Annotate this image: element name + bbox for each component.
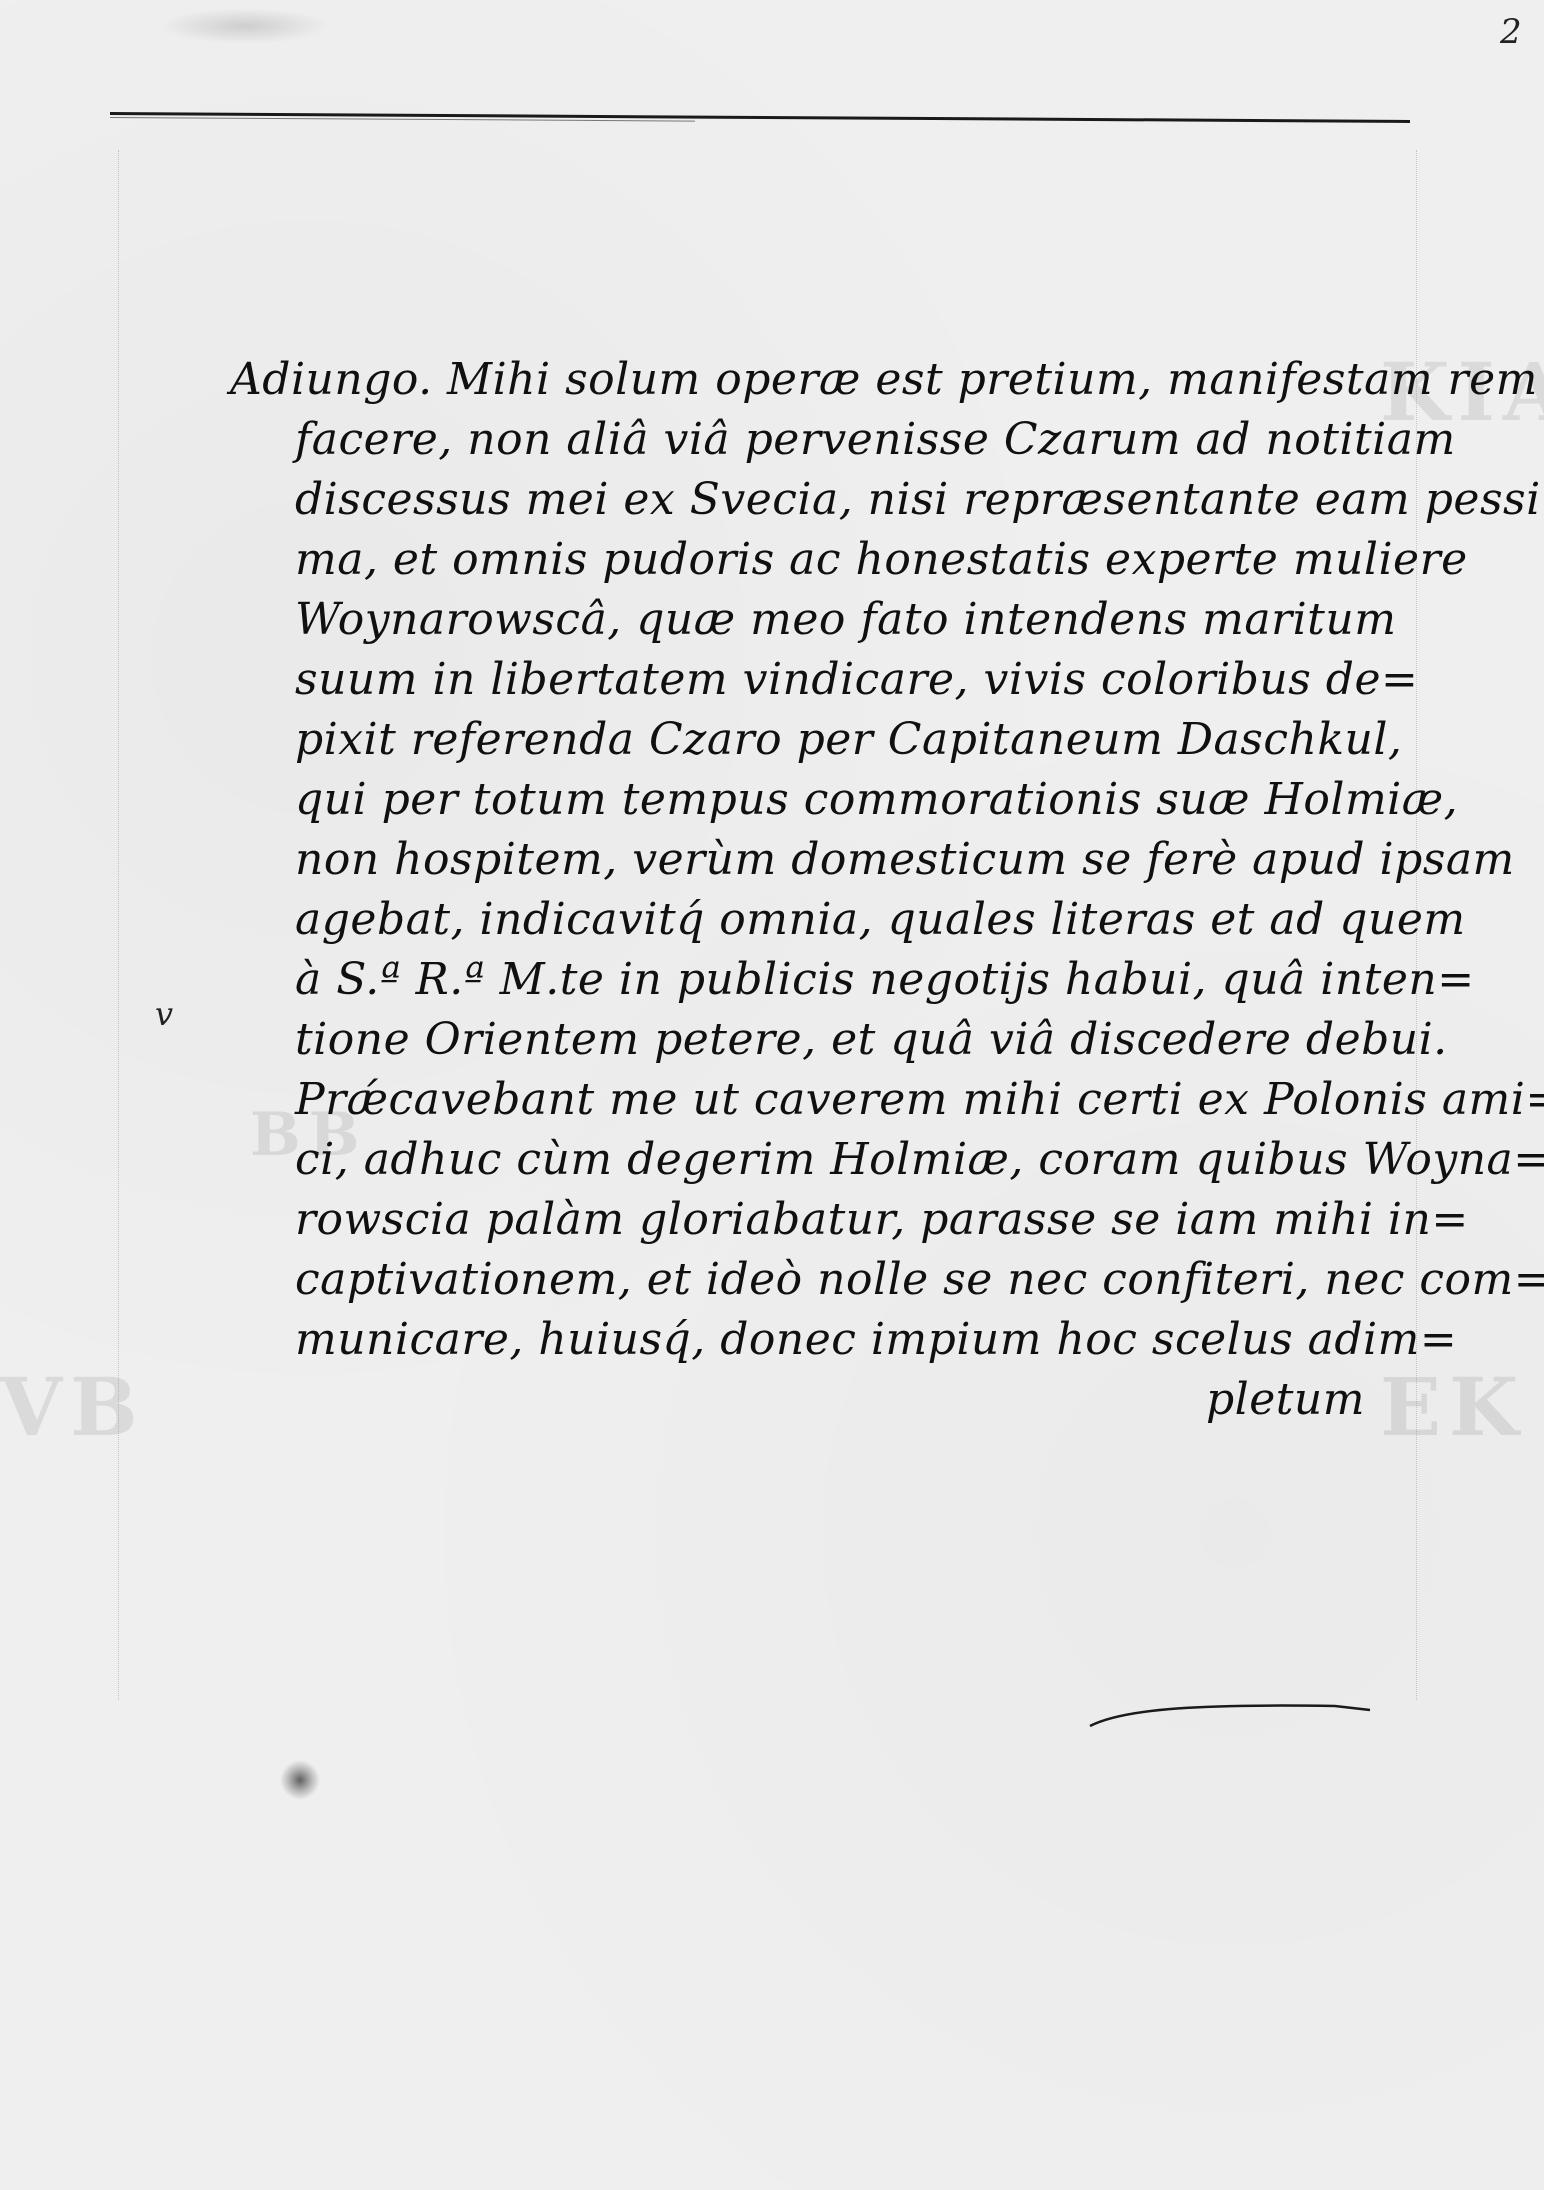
underline-flourish [1085, 1700, 1375, 1730]
ink-blot [280, 1760, 320, 1800]
manuscript-line: ci, adhuc cùm degerim Holmiæ, coram quib… [230, 1130, 1410, 1190]
manuscript-line: discessus mei ex Svecia, nisi repræsenta… [230, 470, 1410, 530]
handwritten-text-block: Adiungo. Mihi solum operæ est pretium, m… [230, 350, 1410, 1430]
manuscript-catchword: pletum [230, 1370, 1410, 1430]
manuscript-line: rowscia palàm gloriabatur, parasse se ia… [230, 1190, 1410, 1250]
manuscript-line: Woynarowscâ, quæ meo fato intendens mari… [230, 590, 1410, 650]
left-margin-line [118, 150, 119, 1700]
margin-check-mark: v [155, 995, 173, 1033]
manuscript-line: captivationem, et ideò nolle se nec conf… [230, 1250, 1410, 1310]
manuscript-line: qui per totum tempus commorationis suæ H… [230, 770, 1410, 830]
manuscript-line: facere, non aliâ viâ pervenisse Czarum a… [230, 410, 1410, 470]
manuscript-line: agebat, indicavitq́ omnia, quales litera… [230, 890, 1410, 950]
manuscript-line: municare, huiusq́, donec impium hoc scel… [230, 1310, 1410, 1370]
manuscript-line: ma, et omnis pudoris ac honestatis exper… [230, 530, 1410, 590]
manuscript-line: non hospitem, verùm domesticum se ferè a… [230, 830, 1410, 890]
manuscript-line: tione Orientem petere, et quâ viâ disced… [230, 1010, 1410, 1070]
top-rule-line [110, 112, 1410, 123]
manuscript-line: pixit referenda Czaro per Capitaneum Das… [230, 710, 1410, 770]
manuscript-line: à S.ª R.ª M.te in publicis negotijs habu… [230, 950, 1410, 1010]
manuscript-line: suum in libertatem vindicare, vivis colo… [230, 650, 1410, 710]
manuscript-line: Prǽcavebant me ut caverem mihi certi ex … [230, 1070, 1410, 1130]
manuscript-page: 2 KIA EK VB BB v Adiungo. Mihi solum ope… [0, 0, 1544, 2190]
manuscript-line: Adiungo. Mihi solum operæ est pretium, m… [230, 350, 1410, 410]
page-number: 2 [1500, 12, 1522, 52]
bleed-through-text: VB [0, 1360, 146, 1454]
ink-smudge [160, 8, 330, 44]
